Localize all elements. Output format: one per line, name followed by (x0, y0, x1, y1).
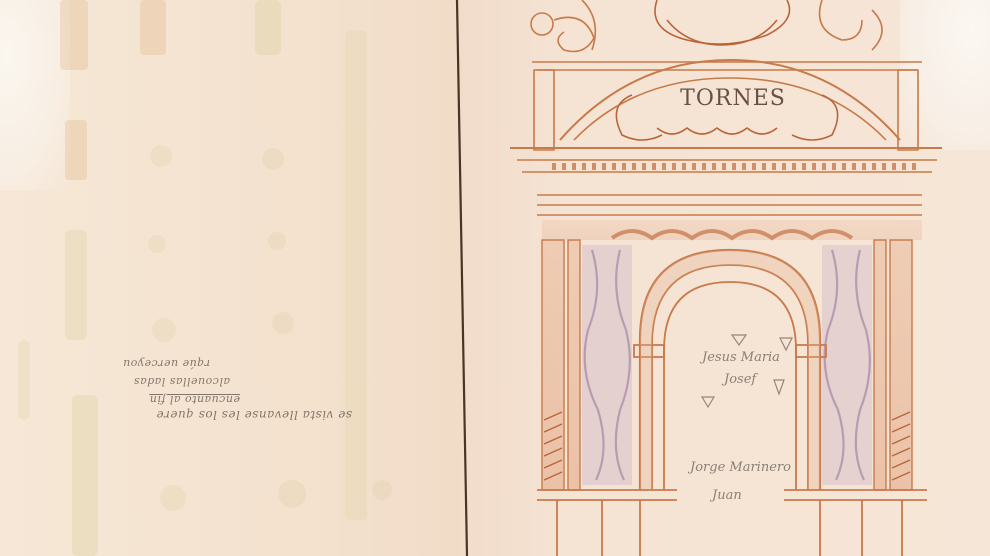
pencil-note: Jorge Marinero (690, 460, 791, 475)
right-page: TORNES Jesus Maria Josef Jorge Marinero … (462, 0, 990, 556)
stain (140, 0, 166, 55)
stain-spot (160, 485, 186, 511)
stain (255, 0, 281, 55)
handwriting-line: rqúe uerceyou (123, 357, 210, 370)
stain-spot (150, 145, 172, 167)
stain (65, 120, 87, 180)
book-gutter (455, 0, 469, 556)
stain (345, 30, 367, 520)
cartouche-title: TORNES (658, 86, 808, 111)
stain-spot (278, 480, 306, 508)
pencil-note: Josef (724, 372, 756, 387)
handwriting-line: alcouellas ladas (133, 375, 230, 388)
stain-spot (268, 232, 286, 250)
pencil-note: Jesus Maria (702, 350, 780, 365)
stain-spot (262, 148, 284, 170)
left-page: se vista llevanse les los quere encuanto… (0, 0, 462, 556)
handwriting-line: se vista llevanse les los quere (156, 408, 352, 422)
pencil-note: Juan (712, 488, 742, 503)
stain-spot (372, 480, 392, 500)
handwriting-line: encuanto al fin (149, 393, 240, 406)
stain (60, 0, 88, 70)
stain-spot (148, 235, 166, 253)
inverted-handwriting: se vista llevanse les los quere encuanto… (0, 318, 360, 428)
